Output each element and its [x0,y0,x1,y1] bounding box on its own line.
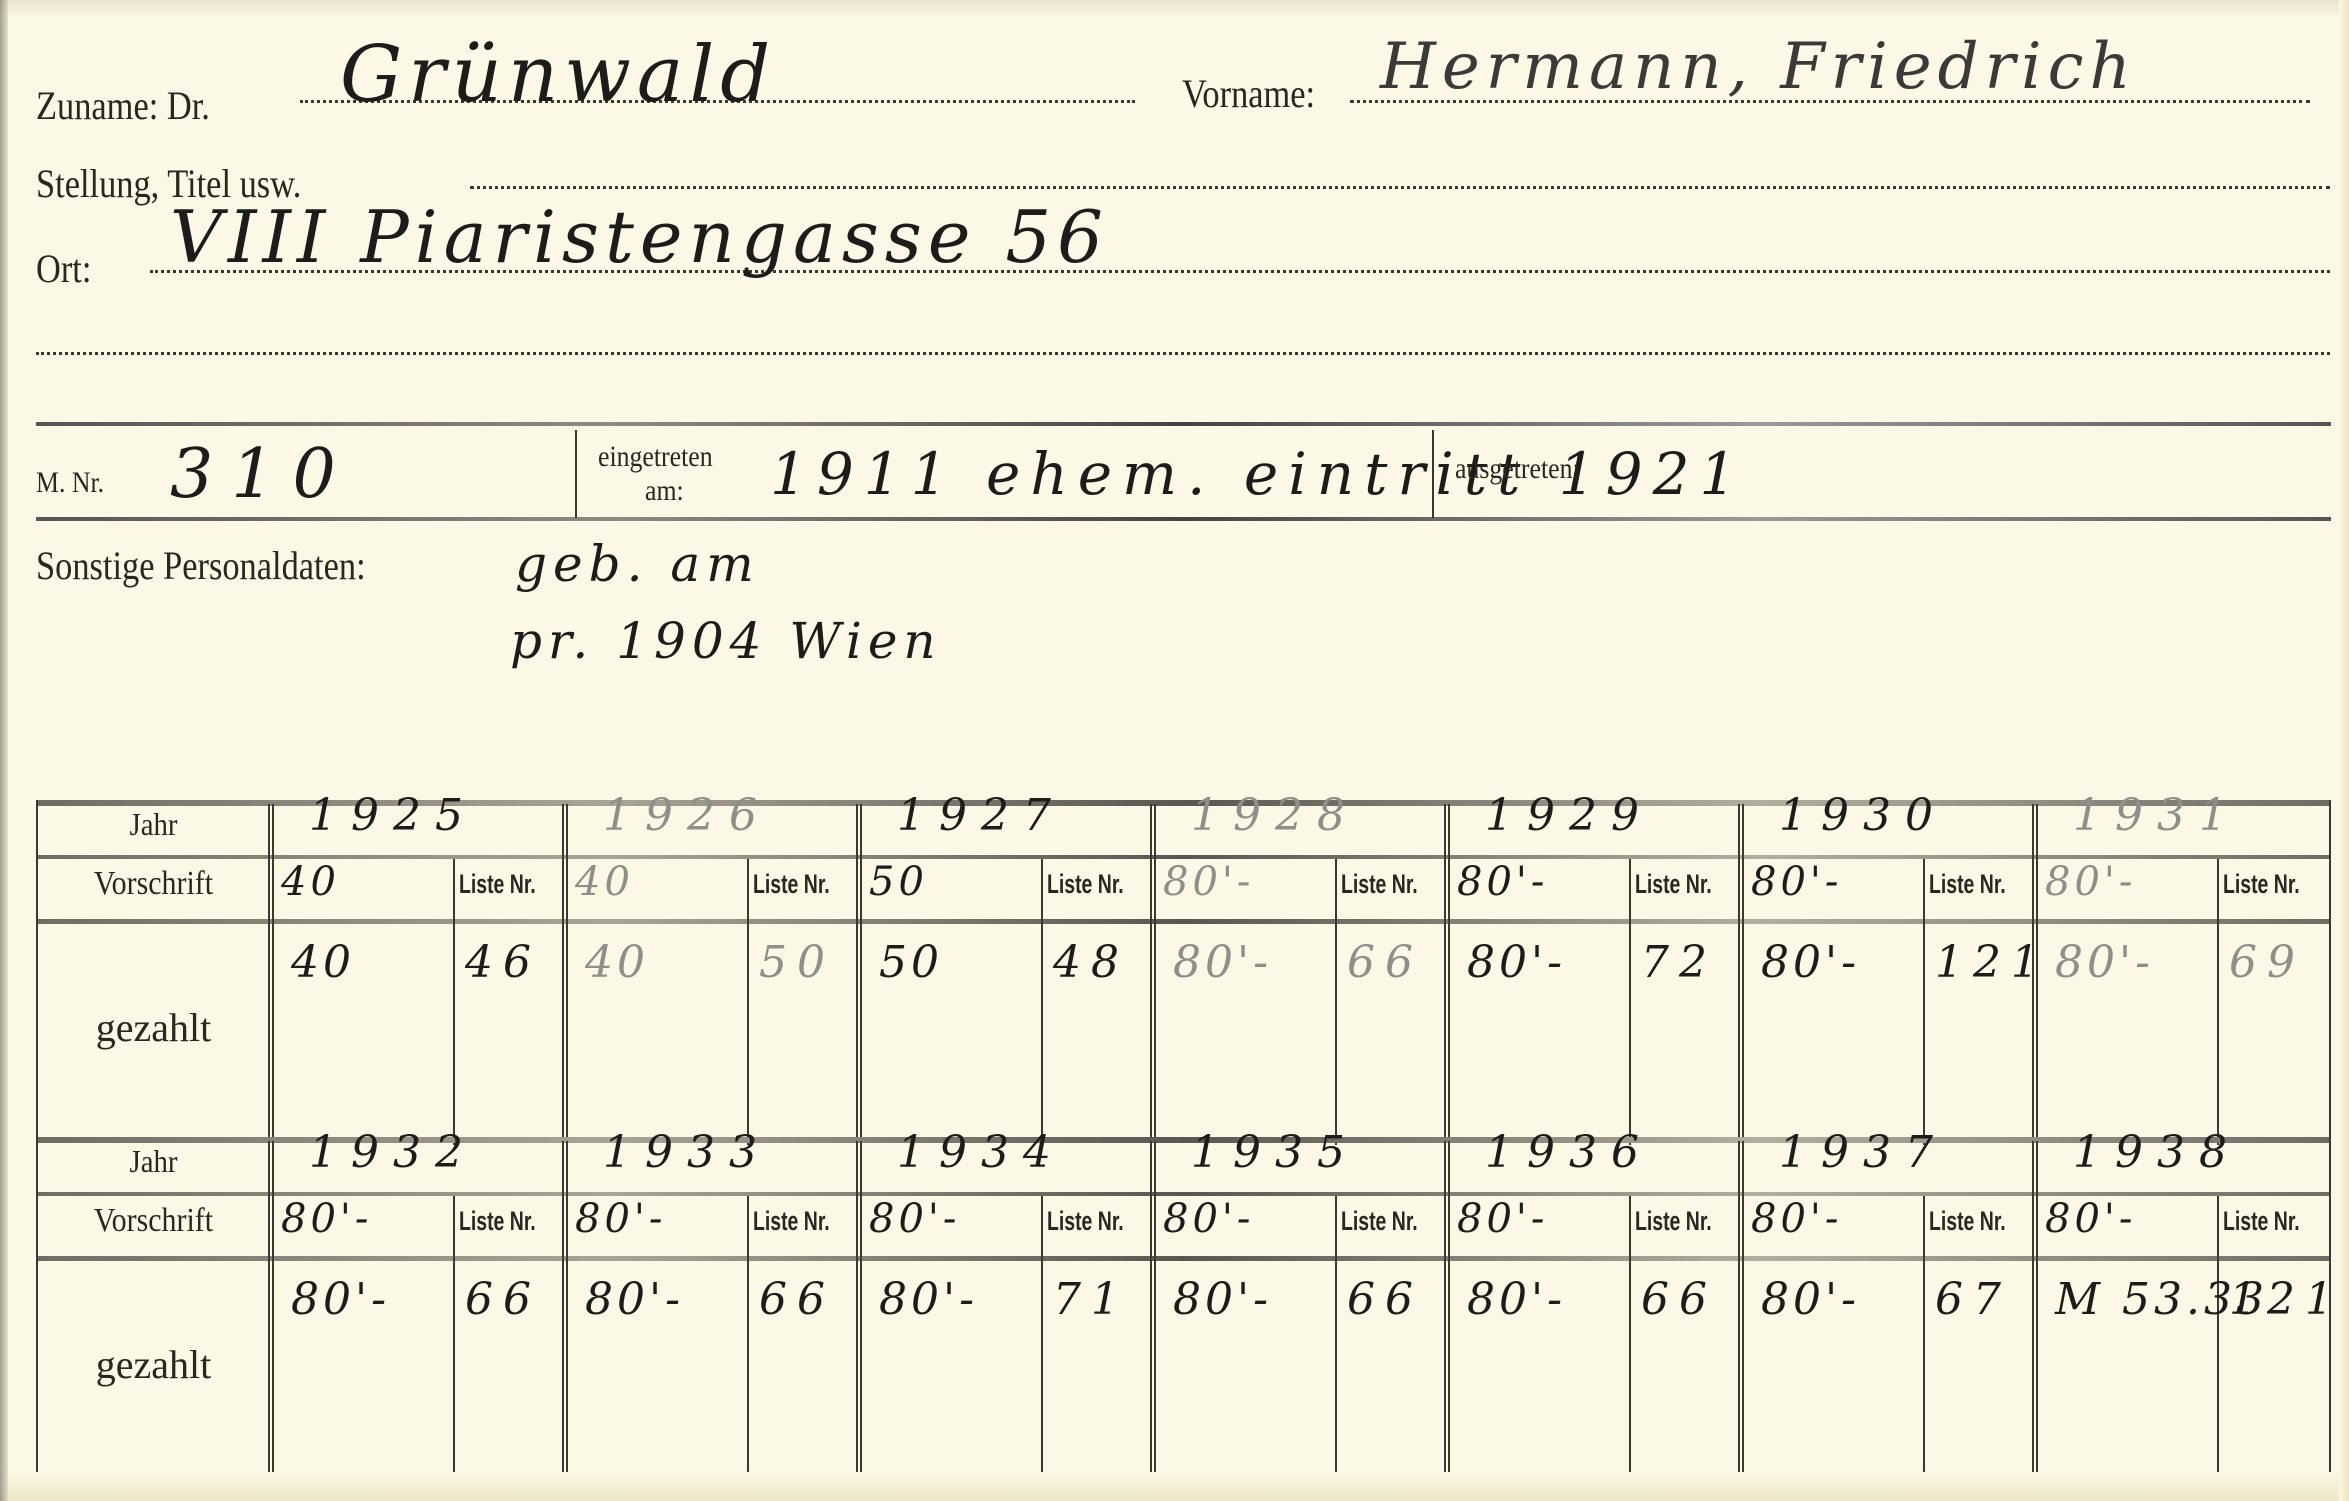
year-label: Jahr [48,1143,260,1180]
dues-table-1932-1938: JahrVorschriftgezahlt193280'-Liste Nr.80… [36,1137,2331,1472]
year-value: 1935 [1191,1127,1359,1178]
paid-value: 80'- [1467,937,1566,988]
paid-value: 80'- [585,1274,684,1325]
year-value: 1926 [603,790,771,841]
list-divider [1629,1196,1631,1472]
list-no-label: Liste Nr. [1929,1206,2006,1237]
year-value: 1927 [897,790,1065,841]
prescribed-value: 80'- [575,1196,666,1242]
list-no-label: Liste Nr. [459,1206,536,1237]
list-no-value: 121 [2229,1274,2343,1325]
list-divider [2217,1196,2219,1472]
paid-value: 80'- [1761,937,1860,988]
paid-value: 40 [585,937,649,988]
paid-value: 80'- [1173,937,1272,988]
paid-value: 40 [291,937,355,988]
paid-value: 80'- [291,1274,390,1325]
paid-value: 80'- [1761,1274,1860,1325]
list-divider [1041,859,1043,1145]
list-no-value: 48 [1053,937,1129,988]
joined-label-am: am: [645,474,684,508]
column-divider [1738,804,1744,1145]
list-no-label: Liste Nr. [1635,869,1712,900]
column-divider [562,1141,568,1472]
column-divider [1444,1141,1450,1472]
paid-label: gezahlt [36,1004,271,1051]
place-value: VIII Piaristengasse 56 [170,195,1109,279]
joined-label: eingetreten [598,440,713,474]
prescribed-value: 80'- [2045,859,2136,905]
paid-value: 80'- [879,1274,978,1325]
list-no-value: 66 [1641,1274,1717,1325]
column-divider [2032,1141,2038,1472]
firstname-label: Vorname: [1182,70,1315,117]
list-no-value: 71 [1053,1274,1129,1325]
prescribed-label: Vorschrift [50,1202,257,1240]
column-divider [268,1141,274,1472]
list-no-label: Liste Nr. [2223,1206,2300,1237]
column-divider [1150,1141,1156,1472]
list-no-label: Liste Nr. [2223,869,2300,900]
year-value: 1928 [1191,790,1359,841]
list-divider [453,859,455,1145]
prescribed-row-rule [36,1256,2331,1261]
list-divider [1335,859,1337,1145]
prescribed-value: 80'- [1751,859,1842,905]
list-no-value: 66 [465,1274,541,1325]
blank-line [36,352,2330,355]
prescribed-value: 40 [575,859,634,905]
list-divider [1041,1196,1043,1472]
prescribed-value: 80'- [281,1196,372,1242]
surname-value: Grünwald [340,30,776,120]
list-divider [1335,1196,1337,1472]
table-right-border [2329,800,2331,1145]
column-divider [1444,804,1450,1145]
list-no-label: Liste Nr. [753,1206,830,1237]
list-no-label: Liste Nr. [1341,869,1418,900]
member-no-value: 310 [170,435,354,514]
rule-bottom [36,517,2331,521]
left-label: ausgetreten: [1455,452,1580,486]
year-value: 1934 [897,1127,1065,1178]
year-value: 1925 [309,790,477,841]
membership-index-card: Zuname: Dr. Grünwald Vorname: Hermann, F… [0,0,2349,1501]
joined-value: 1911 ehem. eintritt 1921 [770,440,1746,508]
list-no-value: 46 [465,937,541,988]
prescribed-value: 80'- [1751,1196,1842,1242]
list-no-label: Liste Nr. [1047,1206,1124,1237]
year-label: Jahr [48,806,260,843]
prescribed-value: 80'- [869,1196,960,1242]
year-value: 1937 [1779,1127,1947,1178]
column-divider [268,804,274,1145]
list-no-label: Liste Nr. [1047,869,1124,900]
position-line [470,186,2330,189]
divider [575,430,577,518]
list-no-label: Liste Nr. [1929,869,2006,900]
table-left-border [36,1137,38,1472]
paid-value: 50 [879,937,943,988]
table-left-border [36,800,38,1145]
prescribed-value: 80'- [1163,859,1254,905]
list-no-value: 69 [2229,937,2305,988]
year-value: 1936 [1485,1127,1653,1178]
column-divider [1150,804,1156,1145]
list-no-label: Liste Nr. [459,869,536,900]
year-value: 1931 [2073,790,2241,841]
personal-data-line2: pr. 1904 Wien [510,612,942,670]
column-divider [856,1141,862,1472]
list-no-value: 72 [1641,937,1717,988]
year-value: 1932 [309,1127,477,1178]
list-no-value: 66 [1347,937,1423,988]
list-no-label: Liste Nr. [1635,1206,1712,1237]
paid-label: gezahlt [36,1341,271,1388]
prescribed-value: 80'- [1457,1196,1548,1242]
list-divider [747,1196,749,1472]
list-no-value: 66 [1347,1274,1423,1325]
list-divider [1629,859,1631,1145]
year-value: 1929 [1485,790,1653,841]
list-divider [1923,859,1925,1145]
personal-data-label: Sonstige Personaldaten: [36,542,366,589]
prescribed-value: 80'- [1457,859,1548,905]
list-no-value: 67 [1935,1274,2011,1325]
list-divider [2217,859,2219,1145]
column-divider [1738,1141,1744,1472]
year-value: 1938 [2073,1127,2241,1178]
personal-data-line1: geb. am [515,535,760,593]
firstname-value: Hermann, Friedrich [1380,30,2137,104]
paid-value: 80'- [1467,1274,1566,1325]
column-divider [2032,804,2038,1145]
paid-value: 80'- [2055,937,2154,988]
year-value: 1933 [603,1127,771,1178]
member-no-label: M. Nr. [36,466,104,500]
list-divider [453,1196,455,1472]
card-edge-shadow [0,0,8,1501]
dues-table-1925-1931: JahrVorschriftgezahlt192540Liste Nr.4046… [36,800,2331,1145]
prescribed-label: Vorschrift [50,865,257,903]
paid-value: 80'- [1173,1274,1272,1325]
prescribed-value: 80'- [2045,1196,2136,1242]
list-divider [1923,1196,1925,1472]
column-divider [856,804,862,1145]
prescribed-value: 80'- [1163,1196,1254,1242]
prescribed-row-rule [36,919,2331,924]
surname-label: Zuname: Dr. [36,82,210,129]
prescribed-value: 40 [281,859,340,905]
column-divider [562,804,568,1145]
place-label: Ort: [36,245,91,292]
list-no-label: Liste Nr. [753,869,830,900]
list-divider [747,859,749,1145]
rule-top [36,422,2331,426]
list-no-value: 66 [759,1274,835,1325]
list-no-value: 50 [759,937,835,988]
list-no-label: Liste Nr. [1341,1206,1418,1237]
year-value: 1930 [1779,790,1947,841]
prescribed-value: 50 [869,859,928,905]
